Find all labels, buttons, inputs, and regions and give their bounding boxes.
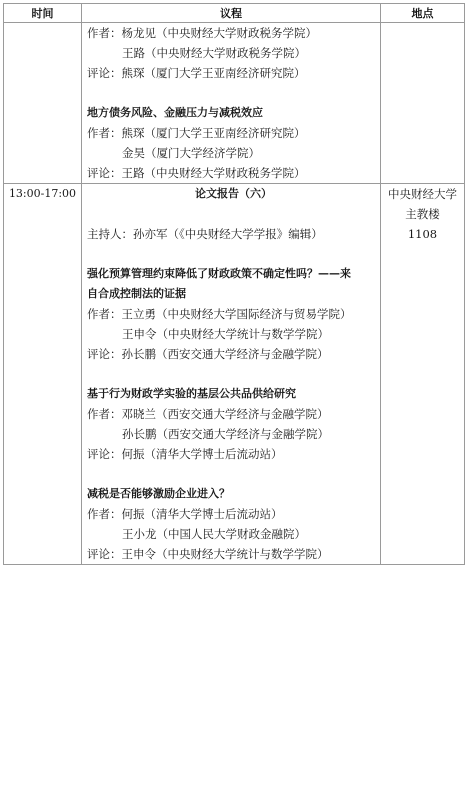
header-location: 地点: [381, 4, 465, 23]
discussant-line: 评论：王路（中央财经大学财政税务学院）: [87, 163, 380, 183]
paper-title: 基于行为财政学实验的基层公共品供给研究: [87, 384, 380, 404]
author-line: 王小龙（中国人民大学财政金融院）: [87, 524, 380, 544]
header-time: 时间: [4, 4, 82, 23]
location-line: 主教楼: [381, 204, 464, 224]
author-line: 作者：王立勇（中央财经大学国际经济与贸易学院）: [87, 304, 380, 324]
paper-title: 减税是否能够激励企业进入？: [87, 484, 380, 504]
schedule-table: 时间 议程 地点 作者：杨龙见（中央财经大学财政税务学院） 王路（中央财经大学财…: [3, 3, 465, 565]
author-line: 王路（中央财经大学财政税务学院）: [87, 43, 380, 63]
table-row: 13:00-17:00 论文报告（六） 主持人：孙亦军（《中央财经大学学报》编辑…: [4, 184, 465, 565]
author-line: 孙长鹏（西安交通大学经济与金融学院）: [87, 424, 380, 444]
discussant-line: 评论：熊琛（厦门大学王亚南经济研究院）: [87, 63, 380, 83]
time-cell: [4, 23, 82, 184]
agenda-cell: 论文报告（六） 主持人：孙亦军（《中央财经大学学报》编辑） 强化预算管理约束降低…: [82, 184, 381, 565]
host-line: 主持人：孙亦军（《中央财经大学学报》编辑）: [87, 224, 380, 244]
time-cell: 13:00-17:00: [4, 184, 82, 565]
paper-title: 强化预算管理约束降低了财政政策不确定性吗？——来: [87, 264, 380, 284]
location-line: 1108: [381, 224, 464, 244]
author-line: 作者：熊琛（厦门大学王亚南经济研究院）: [87, 123, 380, 143]
author-line: 作者：杨龙见（中央财经大学财政税务学院）: [87, 23, 380, 43]
paper-title: 地方债务风险、金融压力与减税效应: [87, 103, 380, 123]
agenda-cell: 作者：杨龙见（中央财经大学财政税务学院） 王路（中央财经大学财政税务学院） 评论…: [82, 23, 381, 184]
table-row: 作者：杨龙见（中央财经大学财政税务学院） 王路（中央财经大学财政税务学院） 评论…: [4, 23, 465, 184]
author-line: 金昊（厦门大学经济学院）: [87, 143, 380, 163]
header-row: 时间 议程 地点: [4, 4, 465, 23]
author-line: 作者：邓晓兰（西安交通大学经济与金融学院）: [87, 404, 380, 424]
location-cell: 中央财经大学 主教楼 1108: [381, 184, 465, 565]
author-line: 作者：何振（清华大学博士后流动站）: [87, 504, 380, 524]
discussant-line: 评论：王申令（中央财经大学统计与数学学院）: [87, 544, 380, 564]
location-line: 中央财经大学: [381, 184, 464, 204]
session-title: 论文报告（六）: [87, 184, 380, 204]
discussant-line: 评论：孙长鹏（西安交通大学经济与金融学院）: [87, 344, 380, 364]
session-time: 13:00-17:00: [4, 184, 81, 204]
location-cell: [381, 23, 465, 184]
paper-title: 自合成控制法的证据: [87, 284, 380, 304]
discussant-line: 评论：何振（清华大学博士后流动站）: [87, 444, 380, 464]
author-line: 王申令（中央财经大学统计与数学学院）: [87, 324, 380, 344]
header-agenda: 议程: [82, 4, 381, 23]
